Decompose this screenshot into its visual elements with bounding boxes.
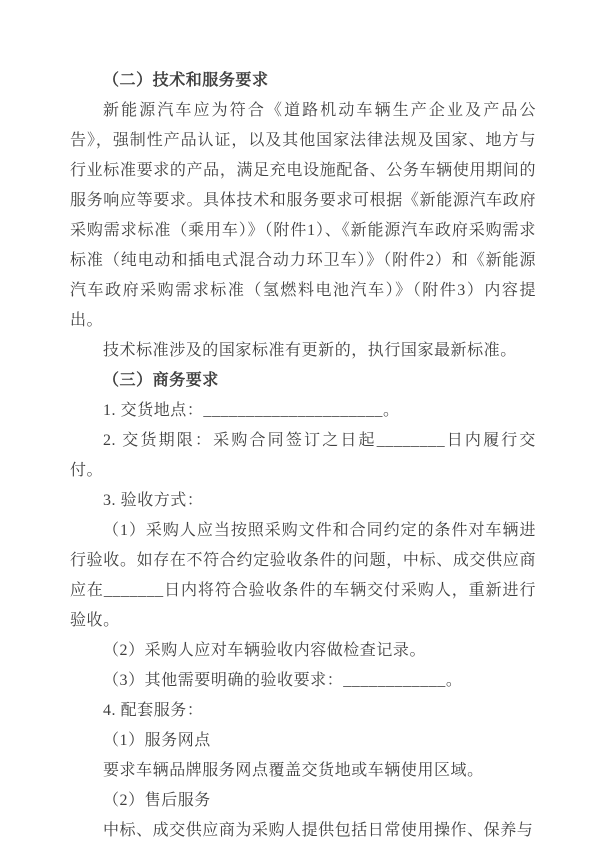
para-standard-update: 技术标准涉及的国家标准有更新的，执行国家最新标准。 (70, 336, 536, 366)
para-acceptance-clause-2: （2）采购人应对车辆验收内容做检查记录。 (70, 636, 536, 666)
para-after-sales-desc: 中标、成交供应商为采购人提供包括日常使用操作、保养与 (70, 816, 536, 846)
section-heading-business: （三）商务要求 (70, 366, 536, 396)
para-after-sales-label: （2）售后服务 (70, 786, 536, 816)
section-heading-tech-service: （二）技术和服务要求 (70, 66, 536, 96)
item-acceptance-method: 3. 验收方式： (70, 486, 536, 516)
item-delivery-place: 1. 交货地点：_____________________。 (70, 396, 536, 426)
item-delivery-deadline: 2. 交货期限：采购合同签订之日起________日内履行交付。 (70, 426, 536, 486)
para-acceptance-clause-3: （3）其他需要明确的验收要求：____________。 (70, 666, 536, 696)
item-support-services: 4. 配套服务： (70, 696, 536, 726)
para-service-network-label: （1）服务网点 (70, 726, 536, 756)
para-service-network-desc: 要求车辆品牌服务网点覆盖交货地或车辆使用区域。 (70, 756, 536, 786)
document-page: （二）技术和服务要求 新能源汽车应为符合《道路机动车辆生产企业及产品公告》，强制… (0, 0, 600, 849)
para-acceptance-clause-1: （1）采购人应当按照采购文件和合同约定的条件对车辆进行验收。如存在不符合约定验收… (70, 516, 536, 636)
para-tech-requirements: 新能源汽车应为符合《道路机动车辆生产企业及产品公告》，强制性产品认证，以及其他国… (70, 96, 536, 336)
